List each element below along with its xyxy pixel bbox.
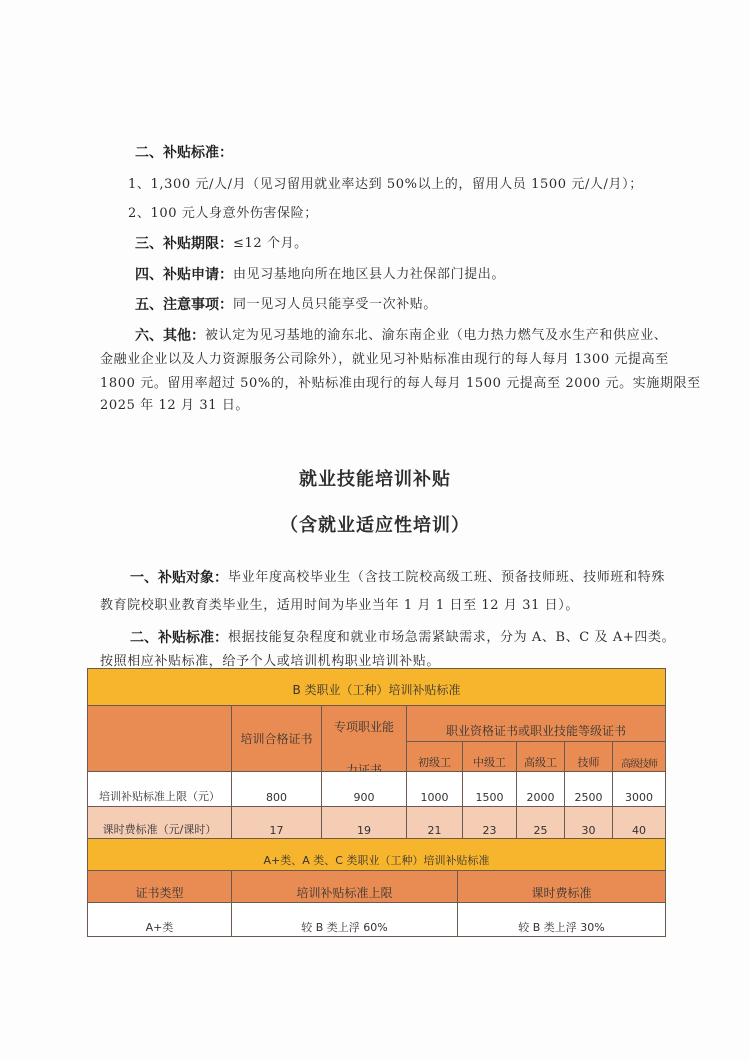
training-standard-label: 二、补贴标准： — [130, 627, 228, 649]
other-paragraph-line-4: 2025 年 12 月 31 日。 — [100, 395, 249, 417]
b-class-subsidy-table: B 类职业（工种）培训补贴标准 培训合格证书 专项职业能力证书 职业资格证书或职… — [87, 668, 666, 840]
header-qualification-group: 职业资格证书或职业技能等级证书 — [407, 706, 666, 742]
period-label: 三、补贴期限： — [135, 233, 233, 255]
notes-paragraph: 五、注意事项： 同一见习人员只能享受一次补贴。 — [135, 294, 437, 316]
a-c-class-subsidy-table: A+类、A 类、C 类职业（工种）培训补贴标准 证书类型 培训补贴标准上限 课时… — [87, 838, 666, 937]
cell-value: 900 — [322, 772, 407, 807]
table-row-subsidy-cap: 培训补贴标准上限（元） 800 900 1000 1500 2000 2500 … — [88, 772, 666, 807]
target-label: 一、补贴对象： — [130, 567, 228, 589]
notes-text: 同一见习人员只能享受一次补贴。 — [233, 294, 437, 316]
cell-value: 1000 — [407, 772, 463, 807]
apply-text: 由见习基地向所在地区县人力社保部门提出。 — [233, 264, 505, 286]
header-level-senior: 高级工 — [517, 741, 565, 771]
cell-cert-type: A+类 — [88, 903, 232, 937]
cell-value: 2000 — [517, 772, 565, 807]
header-cert-type: 证书类型 — [88, 871, 232, 903]
notes-label: 五、注意事项： — [135, 294, 233, 316]
cell-value: 23 — [463, 807, 517, 840]
row-label: 课时费标准（元/课时） — [88, 807, 232, 840]
header-special-cert-cell: 专项职业能力证书 — [322, 706, 407, 772]
row-label: 培训补贴标准上限（元） — [88, 772, 232, 807]
table-row-hourly-fee: 课时费标准（元/课时） 17 19 21 23 25 30 40 — [88, 807, 666, 840]
other-label: 六、其他： — [135, 325, 205, 347]
header-level-technician: 技师 — [565, 741, 613, 771]
training-standard-line-1: 二、补贴标准： 根据技能复杂程度和就业市场急需紧缺需求，分为 A、B、C 及 A… — [130, 627, 665, 649]
section-subtitle: （含就业适应性培训） — [0, 513, 750, 539]
header-level-senior-technician: 高级技师 — [613, 741, 666, 771]
apply-paragraph: 四、补贴申请： 由见习基地向所在地区县人力社保部门提出。 — [135, 264, 505, 286]
standard-heading: 二、补贴标准： — [135, 142, 233, 164]
cell-value: 21 — [407, 807, 463, 840]
cell-value: 800 — [232, 772, 322, 807]
cell-value: 17 — [232, 807, 322, 840]
section-title: 就业技能培训补贴 — [0, 467, 750, 493]
header-level-junior: 初级工 — [407, 741, 463, 771]
cell-hourly-fee: 较 B 类上浮 30% — [458, 903, 666, 937]
cell-value: 3000 — [613, 772, 666, 807]
header-level-intermediate: 中级工 — [463, 741, 517, 771]
table-row-a-plus: A+类 较 B 类上浮 60% 较 B 类上浮 30% — [88, 903, 666, 937]
table-b-corner-cell — [88, 706, 232, 772]
standard-item-2: 2、100 元人身意外伤害保险； — [128, 203, 318, 225]
table-b-title: B 类职业（工种）培训补贴标准 — [88, 669, 666, 706]
cell-value: 40 — [613, 807, 666, 840]
period-paragraph: 三、补贴期限： ≤12 个月。 — [135, 233, 308, 255]
header-hourly-fee: 课时费标准 — [458, 871, 666, 903]
cell-value: 19 — [322, 807, 407, 840]
target-paragraph-line-2: 教育院校职业教育类毕业生，适用时间为毕业当年 1 月 1 日至 12 月 31 … — [100, 595, 579, 617]
cell-value: 2500 — [565, 772, 613, 807]
cell-value: 30 — [565, 807, 613, 840]
cell-value: 1500 — [463, 772, 517, 807]
table-a-title: A+类、A 类、C 类职业（工种）培训补贴标准 — [88, 839, 666, 871]
target-paragraph-line-1: 一、补贴对象： 毕业年度高校毕业生（含技工院校高级工班、预备技师班、技师班和特殊 — [130, 567, 665, 589]
cell-value: 25 — [517, 807, 565, 840]
standard-item-1: 1、1,300 元/人/月（见习留用就业率达到 50%以上的，留用人员 1500… — [128, 174, 643, 196]
apply-label: 四、补贴申请： — [135, 264, 233, 286]
header-training-cert: 培训合格证书 — [232, 706, 322, 772]
other-paragraph-line-2: 金融业企业以及人力资源服务公司除外），就业见习补贴标准由现行的每人每月 1300… — [100, 349, 665, 371]
other-paragraph-line-3: 1800 元。留用率超过 50%的，补贴标准由现行的每人每月 1500 元提高至… — [100, 373, 665, 395]
header-subsidy-cap: 培训补贴标准上限 — [232, 871, 458, 903]
header-special-cert: 专项职业能力证书 — [333, 706, 395, 771]
period-text: ≤12 个月。 — [233, 233, 308, 255]
cell-subsidy-cap: 较 B 类上浮 60% — [232, 903, 458, 937]
other-paragraph-line-1: 六、其他： 被认定为见习基地的渝东北、渝东南企业（电力热力燃气及水生产和供应业、 — [135, 325, 665, 347]
